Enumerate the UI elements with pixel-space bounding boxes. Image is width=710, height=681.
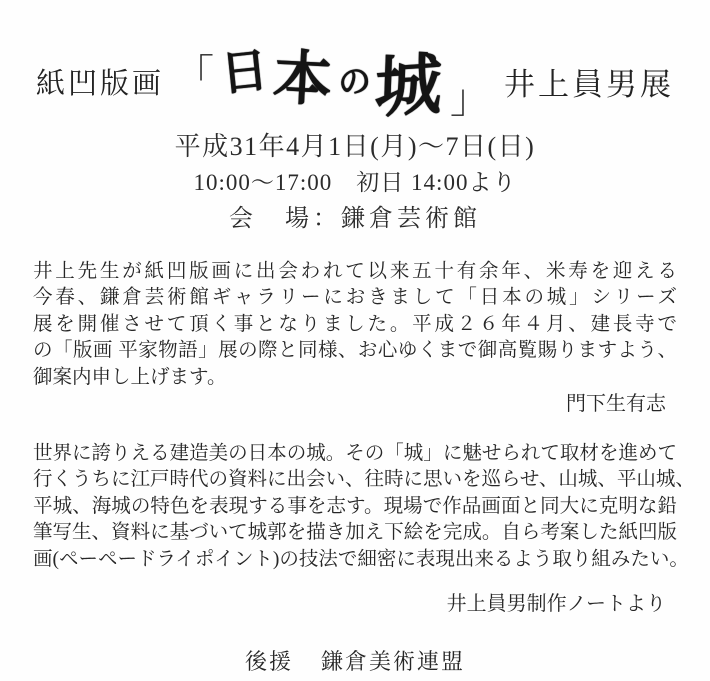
greeting-paragraph: 井上先生が紙凹版画に出会われて以来五十有余年、米寿を迎える 今春、鎌倉芸術館ギャ… [0, 259, 710, 391]
production-note-line: 平城、海城の特色を表現する事を志す。現場で作品画面と同大に克明な鉛 [33, 494, 677, 520]
production-note-paragraph: 世界に誇りえる建造美の日本の城。その「城」に魅せられて取材を進めて 行くうちに江… [0, 441, 710, 573]
exhibition-venue: 会 場：鎌倉芸術館 [0, 204, 710, 235]
exhibition-title: 紙凹版画 「 日 本 の 城 」 井上員男展 [0, 34, 710, 128]
production-note-line: 行くうちに江戸時代の資料に出会い、往時に思いを巡らせ、山城、平山城、 [33, 467, 677, 493]
production-note-line: 画(ペーペードライポイント)の技法で細密に表現出来るよう取り組みたい。 [33, 547, 677, 573]
greeting-line: 今春、鎌倉芸術館ギャラリーにおきまして「日本の城」シリーズ [33, 285, 677, 311]
greeting-line: の「版画 平家物語」展の際と同様、お心ゆくまで御高覧賜りますよう、 [33, 338, 677, 364]
calligraphy-char: 本 [272, 48, 334, 110]
greeting-signature: 門下生有志 [0, 391, 710, 417]
exhibition-dates: 平成31年4月1日(月)～7日(日) [0, 130, 710, 164]
greeting-line: 展を開催させて頂く事となりました。平成２６年４月、建長寺で [33, 312, 677, 338]
calligraphy-char: の [336, 64, 373, 101]
calligraphy-char: 城 [374, 51, 443, 123]
production-note-signature: 井上員男制作ノートより [0, 591, 710, 617]
sponsor-name: 鎌倉美術連盟 [321, 647, 465, 676]
production-note-line: 筆写生、資料に基づいて城郭を描き加え下絵を完成。自ら考案した紙凹版 [33, 520, 677, 546]
greeting-line: 井上先生が紙凹版画に出会われて以来五十有余年、米寿を迎える [33, 259, 677, 285]
artist-exhibition-label: 井上員男展 [504, 59, 674, 104]
sponsor-line: 後援 鎌倉美術連盟 [0, 647, 710, 676]
title-medium-label: 紙凹版画 [36, 61, 164, 102]
calligraphy-char: 日 [219, 47, 271, 99]
exhibition-hours: 10:00～17:00 初日 14:00より [0, 168, 710, 198]
flyer-page: 紙凹版画 「 日 本 の 城 」 井上員男展 平成31年4月1日(月)～7日(日… [0, 0, 710, 681]
sponsor-label: 後援 [245, 647, 293, 676]
greeting-line: 御案内申し上げます。 [33, 365, 677, 391]
title-close-bracket: 」 [450, 67, 490, 124]
production-note-line: 世界に誇りえる建造美の日本の城。その「城」に魅せられて取材を進めて [33, 441, 677, 467]
title-open-bracket: 「 [174, 43, 214, 100]
